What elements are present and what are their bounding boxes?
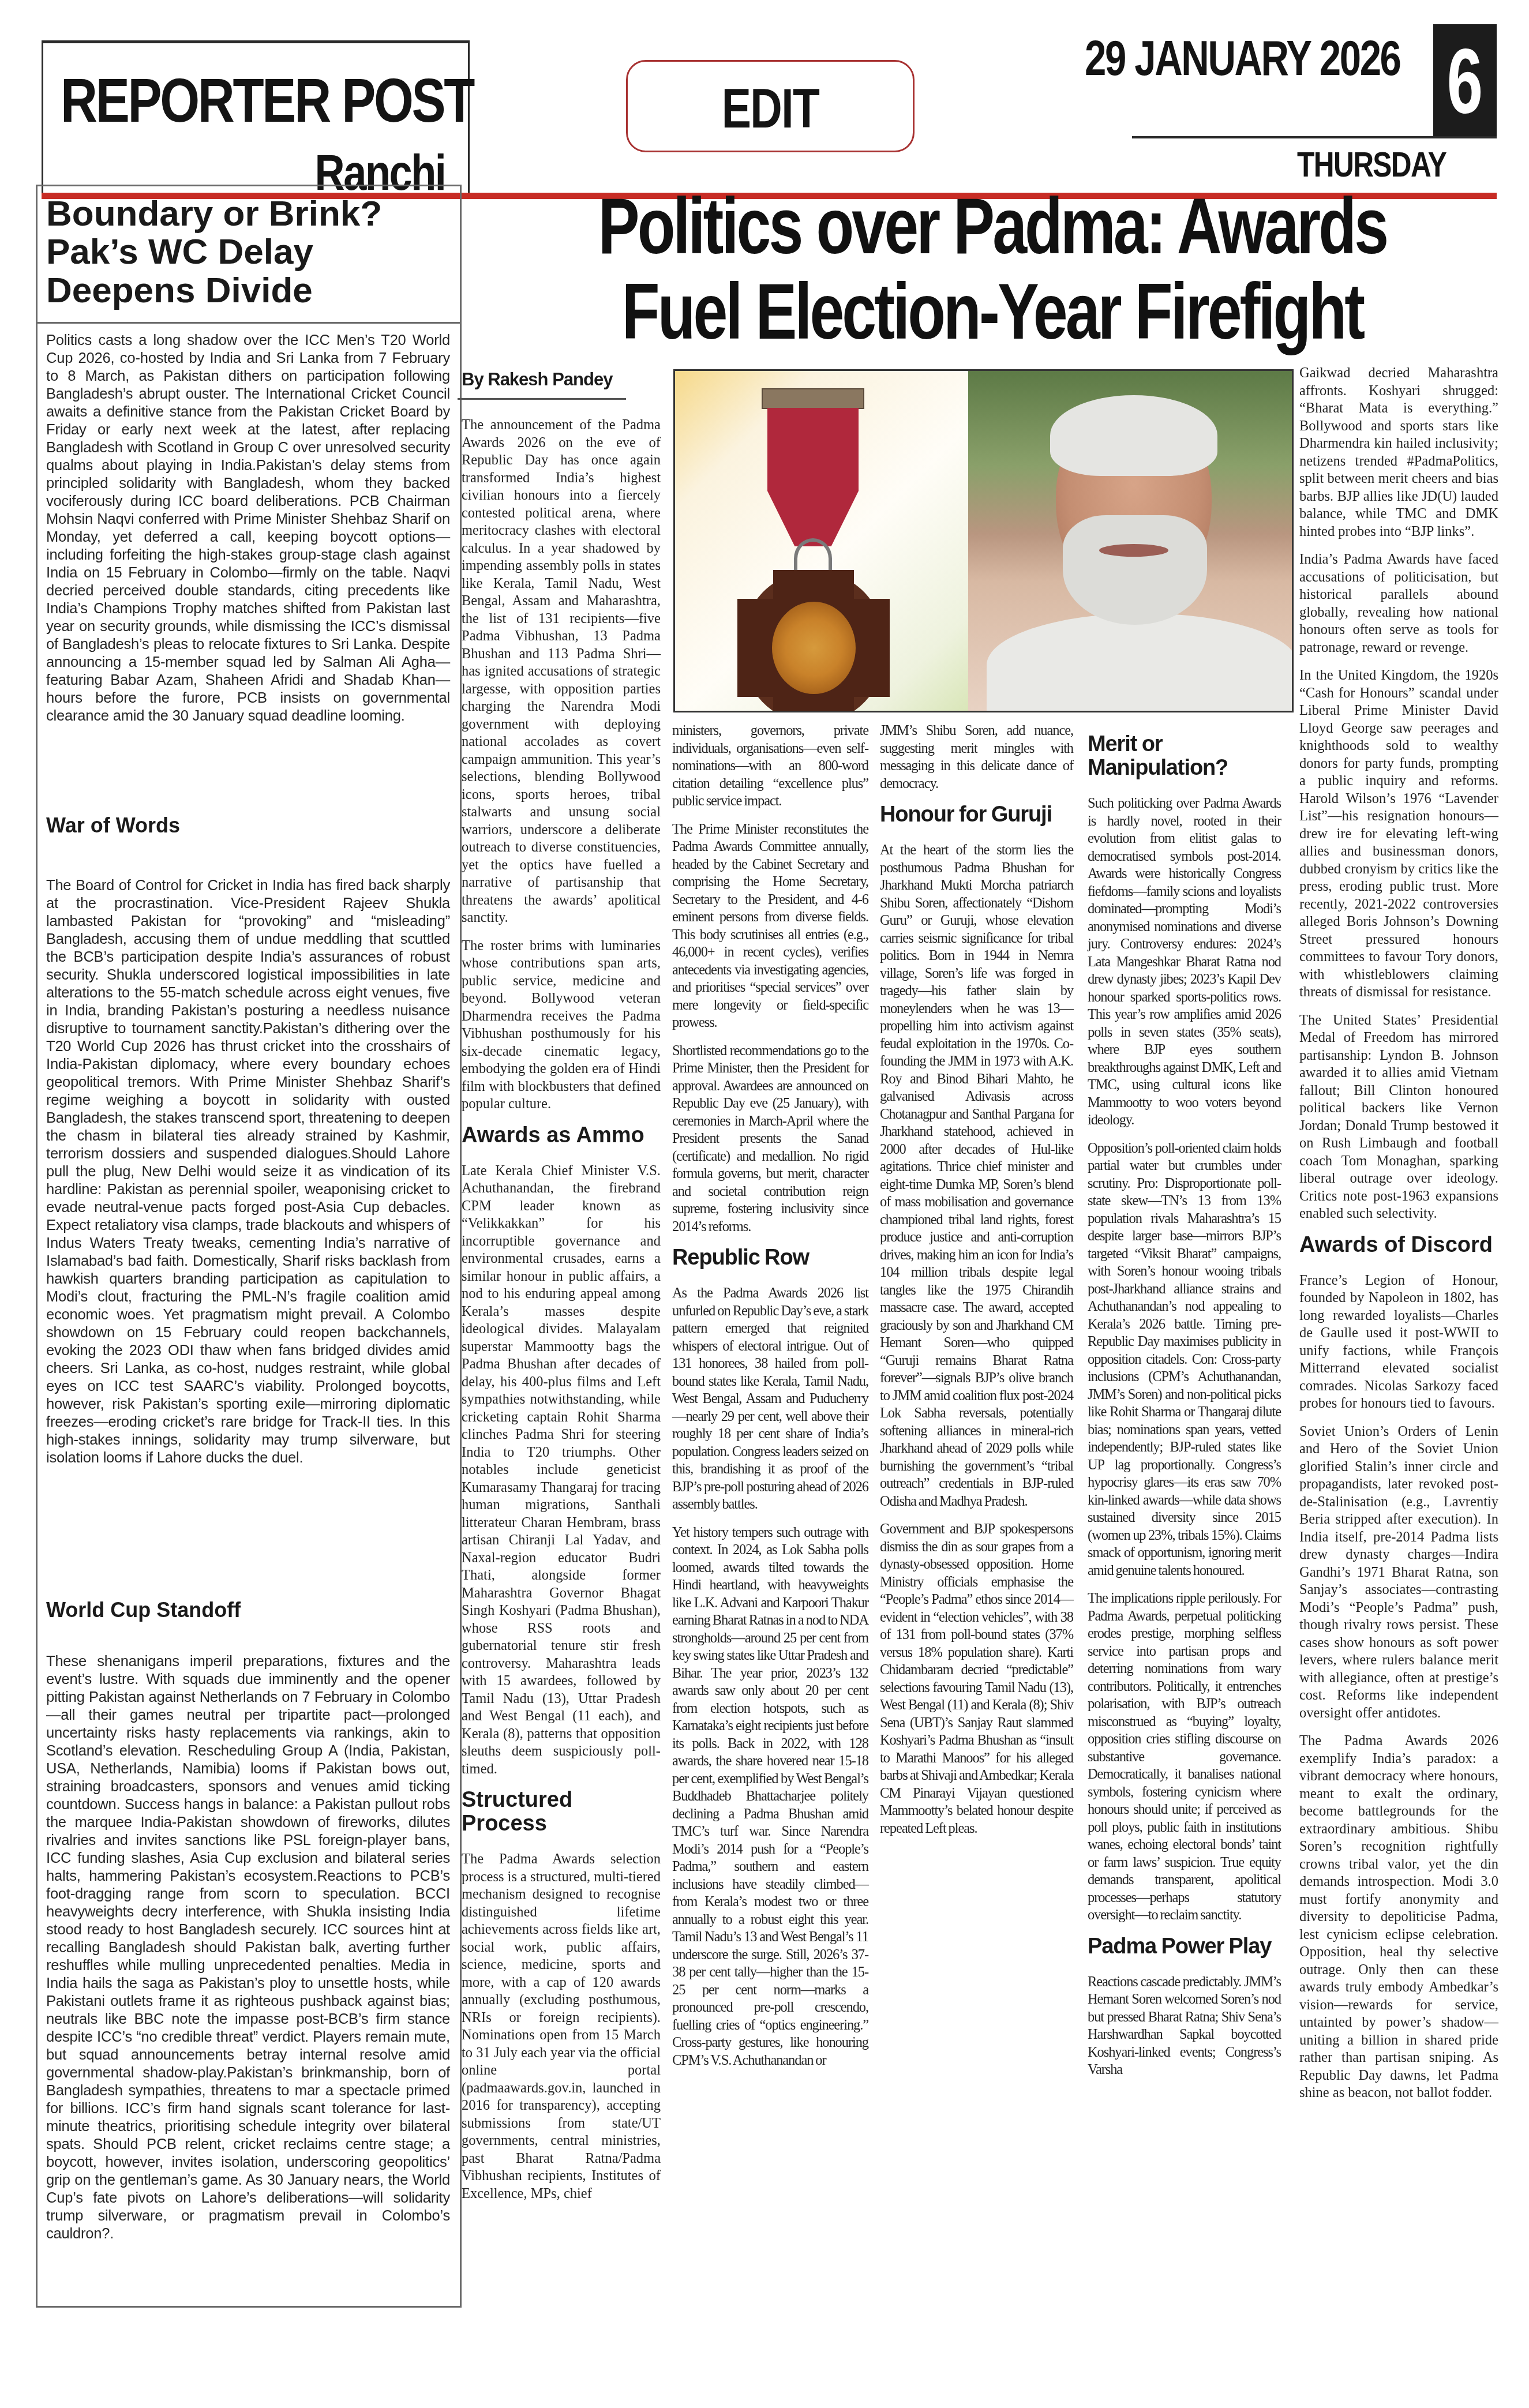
subhead-honour-for-guruji: Honour for Guruji <box>880 803 1073 827</box>
article-paragraph: In the United Kingdom, the 1920s “Cash f… <box>1299 667 1498 1002</box>
article-photo <box>673 369 1294 712</box>
article-paragraph: Soviet Union’s Orders of Lenin and Hero … <box>1299 1423 1498 1723</box>
article-column-2: ministers, governors, private individual… <box>672 722 868 2080</box>
article-column-1: The announcement of the Padma Awards 202… <box>462 417 661 2213</box>
article-paragraph: Yet history tempers such outrage with co… <box>672 1524 868 2070</box>
article-paragraph: Shortlisted recommendations go to the Pr… <box>672 1042 868 1236</box>
article-paragraph: ministers, governors, private individual… <box>672 722 868 811</box>
page-number: 6 <box>1443 35 1487 127</box>
article-paragraph: Reactions cascade predictably. JMM’s Hem… <box>1088 1974 1281 2079</box>
newspaper-name: REPORTER POST <box>61 69 473 132</box>
masthead-nameplate: REPORTER POST Ranchi <box>42 40 470 199</box>
date-divider <box>1132 136 1497 138</box>
sidebar-subhead: World Cup Standoff <box>46 1598 241 1622</box>
article-paragraph: Opposition’s poll-oriented claim holds p… <box>1088 1140 1281 1580</box>
portrait-mouth <box>1099 544 1168 557</box>
portrait-hair <box>1050 395 1217 476</box>
main-headline: Politics over Padma: Awards Fuel Electio… <box>574 183 1411 354</box>
sidebar-paragraph: Politics casts a long shadow over the IC… <box>46 332 450 725</box>
article-paragraph: The roster brims with luminaries whose c… <box>462 937 661 1113</box>
article-paragraph: Such politicking over Padma Awards is ha… <box>1088 795 1281 1130</box>
article-paragraph: The Prime Minister reconstitutes the Pad… <box>672 821 868 1032</box>
article-paragraph: Government and BJP spokespersons dismiss… <box>880 1521 1073 1837</box>
byline: By Rakesh Pandey <box>462 369 612 390</box>
subhead-awards-of-discord: Awards of Discord <box>1299 1233 1498 1257</box>
article-paragraph: JMM’s Shibu Soren, add nuance, suggestin… <box>880 722 1073 793</box>
subhead-padma-power-play: Padma Power Play <box>1088 1935 1281 1959</box>
article-column-5: Gaikwad decried Maharashtra affronts. Ko… <box>1299 365 1498 2113</box>
article-paragraph: Gaikwad decried Maharashtra affronts. Ko… <box>1299 365 1498 541</box>
article-paragraph: The implications ripple perilously. For … <box>1088 1590 1281 1925</box>
sidebar-paragraph: The Board of Control for Cricket in Indi… <box>46 877 450 1467</box>
medal-clasp <box>762 388 864 409</box>
portrait-clothing <box>987 613 1294 712</box>
medal-ribbon <box>767 408 859 546</box>
article-paragraph: The announcement of the Padma Awards 202… <box>462 417 661 927</box>
article-paragraph: At the heart of the storm lies the posth… <box>880 842 1073 1510</box>
portrait-beard <box>1063 515 1207 625</box>
sidebar-headline: Boundary or Brink? Pak’s WC Delay Deepen… <box>46 195 450 310</box>
article-column-4: Merit or Manipulation? Such politicking … <box>1088 728 1281 2090</box>
article-paragraph: The Padma Awards 2026 exemplify India’s … <box>1299 1732 1498 2102</box>
subhead-structured-process: Structured Process <box>462 1788 661 1836</box>
article-paragraph: The United States’ Presidential Medal of… <box>1299 1012 1498 1223</box>
padma-medal-image <box>675 371 968 711</box>
issue-weekday: THURSDAY <box>1297 147 1446 183</box>
section-name: EDIT <box>656 76 884 142</box>
article-paragraph: As the Padma Awards 2026 list unfurled o… <box>672 1285 868 1514</box>
page-number-box: 6 <box>1433 24 1497 137</box>
article-paragraph: India’s Padma Awards have faced accusati… <box>1299 551 1498 657</box>
subhead-awards-as-ammo: Awards as Ammo <box>462 1124 661 1147</box>
byline-divider <box>458 398 626 400</box>
article-paragraph: The Padma Awards selection process is a … <box>462 1851 661 2203</box>
section-label: EDIT <box>626 60 915 152</box>
subhead-republic-row: Republic Row <box>672 1246 868 1270</box>
sidebar-title-divider <box>36 322 462 324</box>
subhead-merit-or-manipulation: Merit or Manipulation? <box>1088 733 1281 780</box>
issue-date: 29 JANUARY 2026 <box>1085 33 1400 83</box>
article-paragraph: Late Kerala Chief Minister V.S. Achuthan… <box>462 1162 661 1779</box>
sidebar-paragraph: These shenanigans imperil preparations, … <box>46 1653 450 2243</box>
medal-lotus-emblem <box>772 602 856 694</box>
article-paragraph: France’s Legion of Honour, founded by Na… <box>1299 1272 1498 1413</box>
article-column-3: JMM’s Shibu Soren, add nuance, suggestin… <box>880 722 1073 1848</box>
sidebar-subhead: War of Words <box>46 813 180 838</box>
